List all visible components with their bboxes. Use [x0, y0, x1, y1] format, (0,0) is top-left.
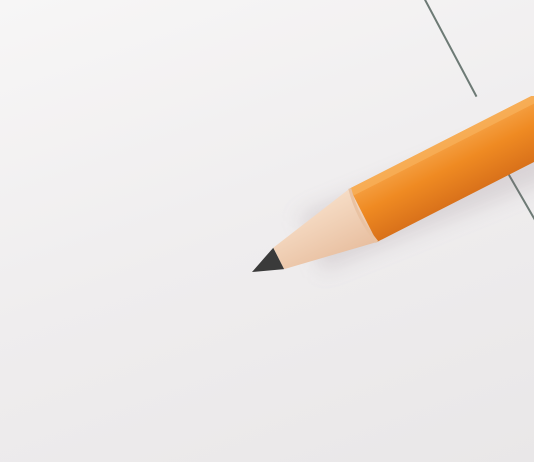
column-divider — [424, 0, 477, 97]
photo-scene — [0, 0, 534, 462]
pencil-icon — [252, 96, 534, 296]
